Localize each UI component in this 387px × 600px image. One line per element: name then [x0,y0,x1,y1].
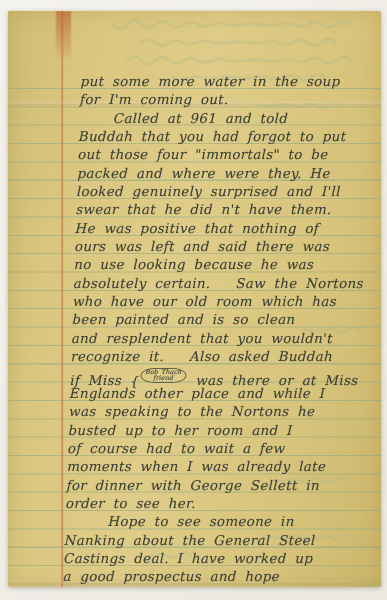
letter-line: Hope to see someone in [65,514,367,532]
letter-line: recognize it. Also asked Buddah [71,349,373,367]
annotation-bubble-bottom: friend [145,375,182,382]
letter-line: Castings deal. I have worked up [64,551,366,569]
letter-line: Called at 961 and told [79,111,381,129]
letter-line: He was positive that nothing of [75,221,377,239]
letter-line: put some more water in the soup [80,74,381,92]
annotation-bubble: Bob Thachfriend [140,368,187,384]
letter-line: order to see her. [66,496,368,514]
letter-line: for I'm coming out. [80,92,381,110]
letter-line: who have our old room which has [73,294,375,312]
letter-line: busted up to her room and I [68,423,370,441]
letter-line: Buddah that you had forgot to put [78,129,380,147]
letter-line: been painted and is so clean [72,312,374,330]
letter-paper: put some more water in the soup for I'm … [8,11,381,587]
letter-line: swear that he did n't have them. [76,202,378,220]
letter-line: ours was left and said there was [75,239,377,257]
binding-glue-stain [56,11,71,61]
letter-line: moments when I was already late [67,459,369,477]
scanned-letter-page: { "scan": { "background_color": "#f1efe9… [0,0,387,600]
letter-line: a good prospectus and hope [63,569,365,587]
letter-line: was speaking to the Nortons he [69,404,371,422]
letter-line: Nanking about the General Steel [64,533,366,551]
handwritten-text: put some more water in the soup for I'm … [63,74,381,587]
letter-line: for dinner with George Sellett in [66,478,368,496]
letter-line: no use looking because he was [74,257,376,275]
letter-line: out those four "immortals" to be [78,147,380,165]
letter-line: of course had to wait a few [68,441,370,459]
letter-line: and resplendent that you wouldn't [71,331,373,349]
red-margin-line [61,11,63,587]
letter-line: looked genuinely surprised and I'll [76,184,378,202]
letter-line: absolutely certain. Saw the Nortons [73,276,375,294]
letter-line-with-annotation: if Miss {Bob Thachfriend was there or at… [70,368,372,386]
letter-line: packed and where were they. He [77,166,379,184]
letter-line: Englands other place and while I [69,386,371,404]
